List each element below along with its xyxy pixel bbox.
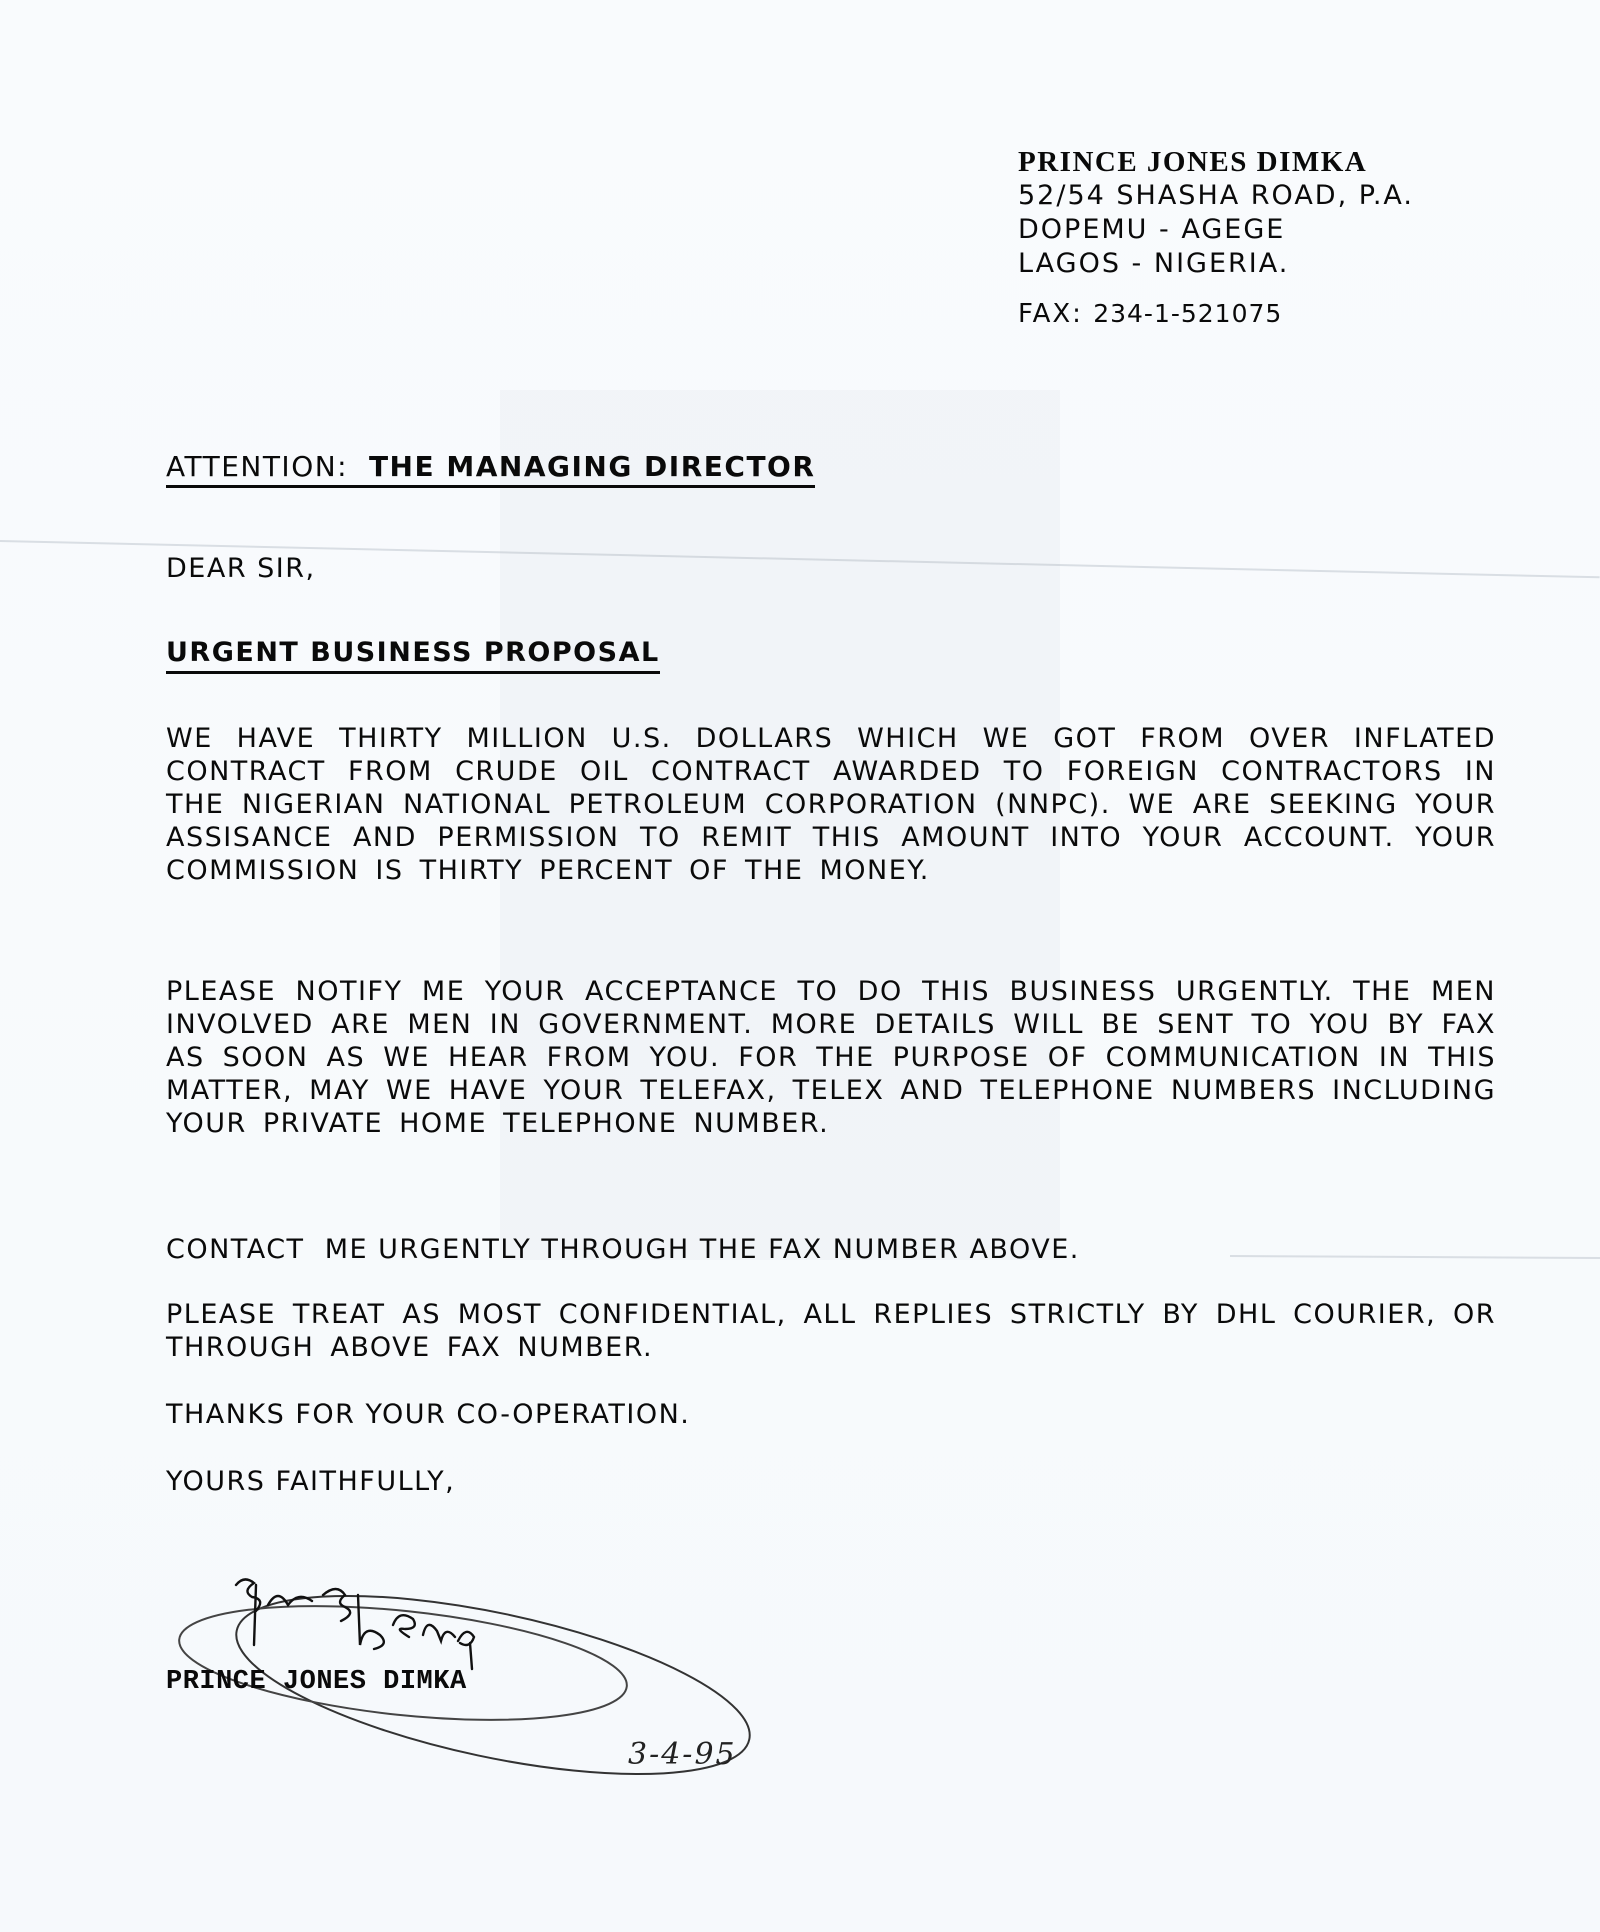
paragraph-request: PLEASE NOTIFY ME YOUR ACCEPTANCE TO DO T… [166,975,1496,1140]
address-line: DOPEMU - AGEGE [1018,213,1414,247]
fax-label: FAX: [1018,299,1083,329]
subject-heading: URGENT BUSINESS PROPOSAL [166,636,1496,674]
paragraph-offer: WE HAVE THIRTY MILLION U.S. DOLLARS WHIC… [166,722,1496,887]
attention-label: ATTENTION: [166,450,348,483]
paragraph-contact: CONTACT ME URGENTLY THROUGH THE FAX NUMB… [166,1233,1496,1266]
salutation: DEAR SIR, [166,552,1496,585]
paragraph-thanks: THANKS FOR YOUR CO-OPERATION. [166,1398,1496,1431]
address-line: 52/54 SHASHA ROAD, P.A. [1018,179,1414,213]
attention-recipient: THE MANAGING DIRECTOR [369,450,815,483]
handwritten-date: 3-4-95 [628,1737,737,1772]
address-line: LAGOS - NIGERIA. [1018,247,1414,281]
sender-fax: FAX: 234-1-521075 [1018,297,1414,331]
sender-name: PRINCE JONES DIMKA [1018,145,1414,179]
attention-line: ATTENTION: THE MANAGING DIRECTOR [166,450,1496,488]
subject-text: URGENT BUSINESS PROPOSAL [166,636,660,674]
closing: YOURS FAITHFULLY, [166,1465,1496,1498]
typed-signature-name: PRINCE JONES DIMKA [166,1667,467,1697]
letter-page: PRINCE JONES DIMKA 52/54 SHASHA ROAD, P.… [0,0,1600,1932]
signature-block: PRINCE JONES DIMKA 3-4-95 [118,1545,858,1825]
sender-address-block: PRINCE JONES DIMKA 52/54 SHASHA ROAD, P.… [1018,145,1414,331]
paragraph-confidential: PLEASE TREAT AS MOST CONFIDENTIAL, ALL R… [166,1298,1496,1364]
fax-number: 234-1-521075 [1093,299,1282,328]
